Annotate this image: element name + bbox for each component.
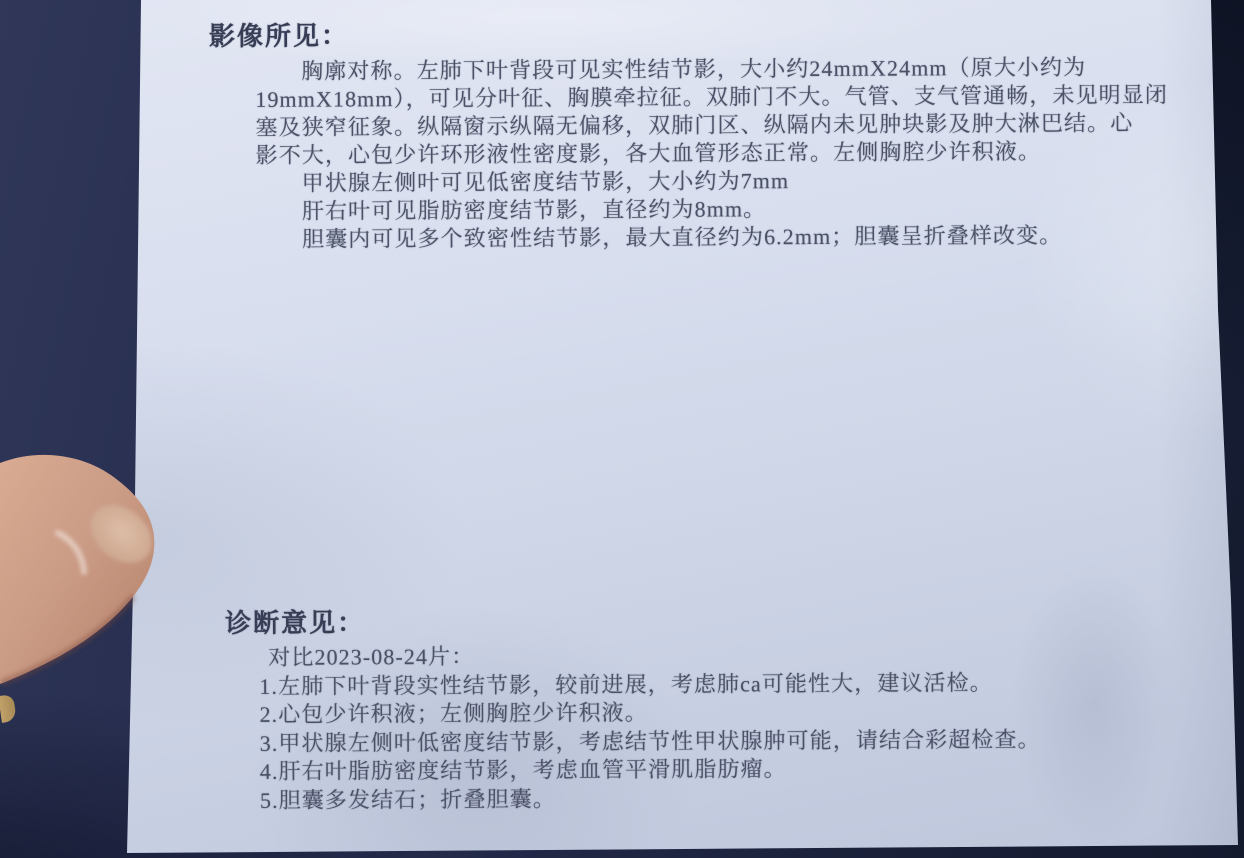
- findings-body: 胸廓对称。左肺下叶背段可见实性结节影，大小约24mmX24mm（原大小约为 19…: [255, 53, 1169, 254]
- thumb-finger: [0, 438, 176, 740]
- diagnosis-item: 4.肝右叶脂肪密度结节影，考虑血管平滑肌脂肪瘤。: [260, 754, 1041, 787]
- diagnosis-body: 对比2023-08-24片： 1.左肺下叶背段实性结节影，较前进展，考虑肺ca可…: [259, 640, 1041, 816]
- diagnosis-item: 2.心包少许积液；左侧胸腔少许积液。: [259, 697, 1040, 730]
- report-text-layer: 影像所见： 胸廓对称。左肺下叶背段可见实性结节影，大小约24mmX24mm（原大…: [0, 0, 1244, 858]
- diagnosis-section: 诊断意见： 对比2023-08-24片： 1.左肺下叶背段实性结节影，较前进展，…: [0, 0, 1242, 3]
- findings-line: 胆囊内可见多个致密性结节影，最大直径约为6.2mm；胆囊呈折叠样改变。: [256, 221, 1169, 254]
- findings-line: 影不大，心包少许环形液性密度影，各大血管形态正常。左侧胸腔少许积液。: [256, 137, 1169, 170]
- photo-background: 影像所见： 胸廓对称。左肺下叶背段可见实性结节影，大小约24mmX24mm（原大…: [0, 0, 1244, 858]
- findings-heading: 影像所见：: [209, 15, 349, 53]
- thumb-finger-graphic: [0, 438, 176, 740]
- report-paper: 影像所见： 胸廓对称。左肺下叶背段可见实性结节影，大小约24mmX24mm（原大…: [0, 0, 1244, 858]
- diagnosis-item: 5.胆囊多发结石；折叠胆囊。: [260, 783, 1041, 816]
- diagnosis-item: 3.甲状腺左侧叶低密度结节影，考虑结节性甲状腺肿可能，请结合彩超检查。: [260, 726, 1041, 759]
- diagnosis-item: 1.左肺下叶背段实性结节影，较前进展，考虑肺ca可能性大，建议活检。: [259, 668, 1040, 701]
- comparison-line: 对比2023-08-24片：: [259, 640, 1040, 673]
- findings-section: 影像所见： 胸廓对称。左肺下叶背段可见实性结节影，大小约24mmX24mm（原大…: [0, 0, 1242, 3]
- diagnosis-heading: 诊断意见：: [225, 602, 365, 640]
